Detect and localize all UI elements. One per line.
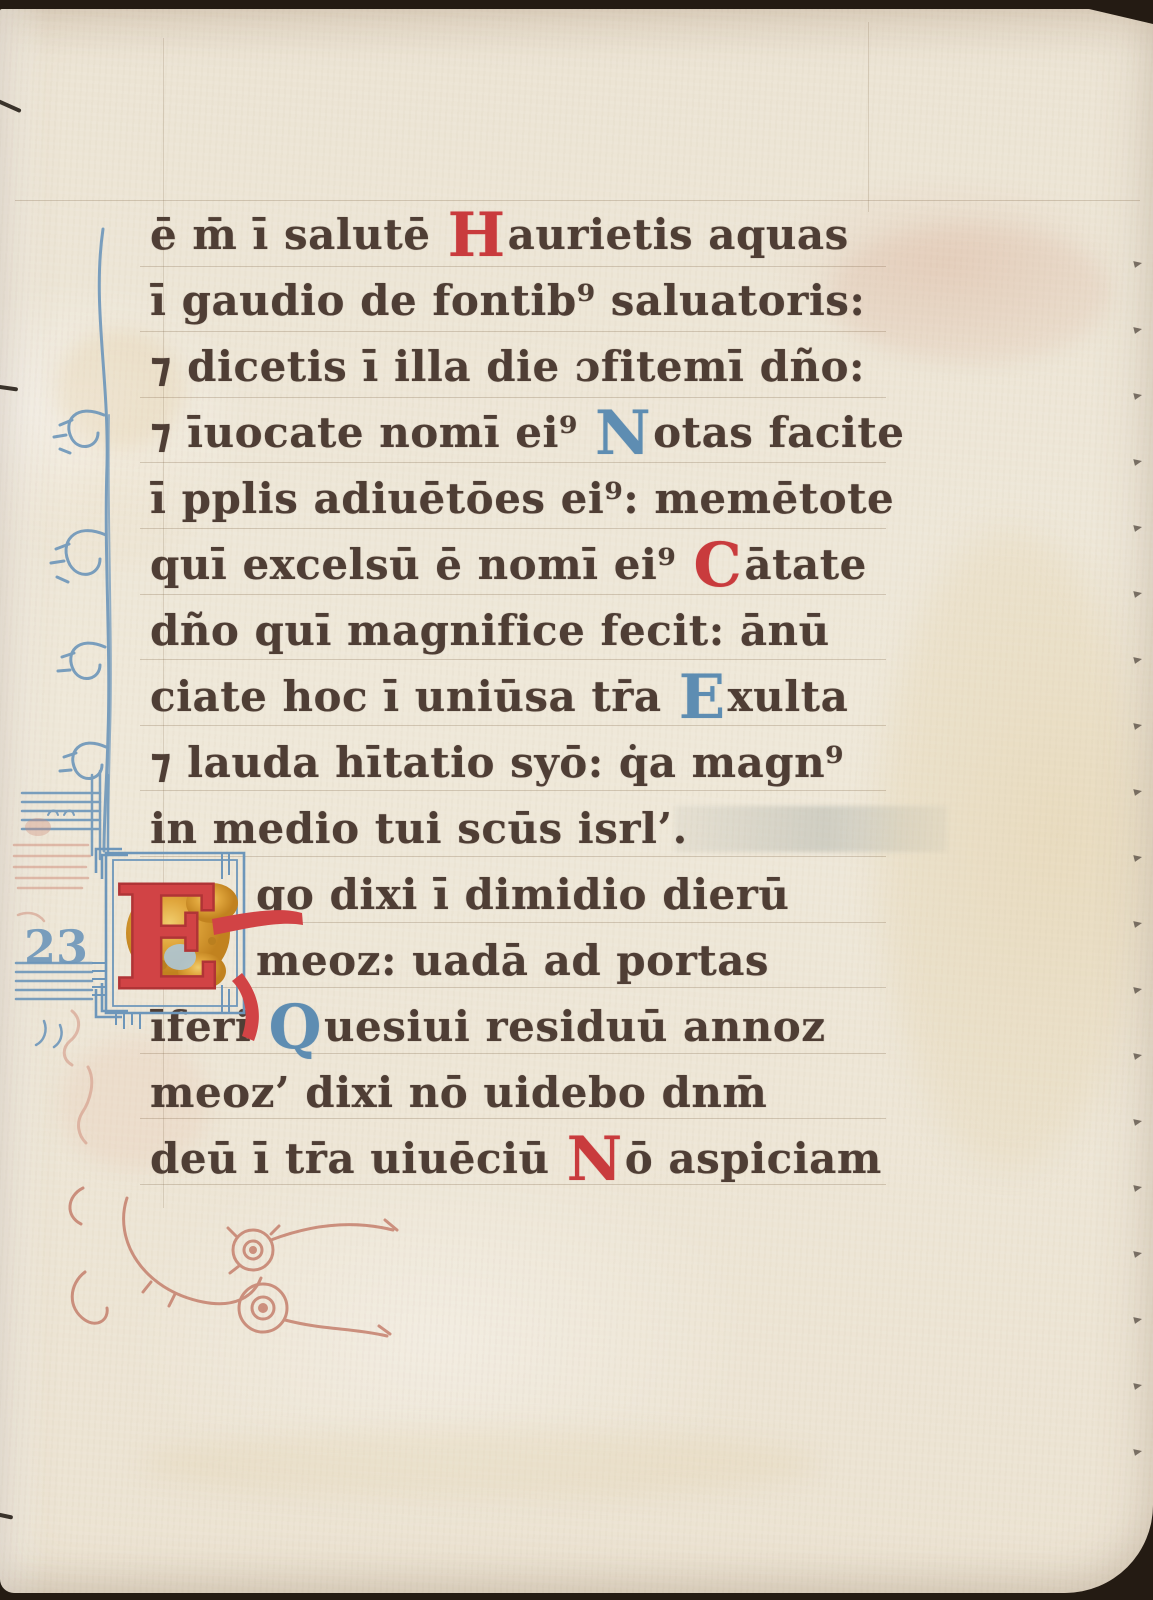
pricking-mark <box>1133 853 1142 862</box>
bottom-margin-penwork-flourish <box>55 1178 405 1343</box>
pricking-mark <box>1133 1183 1142 1192</box>
illuminated-initial-block: Ego <box>92 845 317 1045</box>
text-line: meoz’ dixi nō uidebo dnm̄ <box>150 1060 892 1126</box>
text-segment: ī gaudio de fontib⁹ saluatoris: <box>150 276 865 325</box>
pricking-mark <box>1133 1051 1142 1060</box>
text-segment: xulta <box>728 672 849 721</box>
text-segment: ī pplis adiuētōes ei⁹: memētote <box>150 474 894 523</box>
pricking-mark <box>1133 391 1142 400</box>
pricking-mark <box>1133 259 1142 268</box>
pricking-mark <box>1133 787 1142 796</box>
pricking-mark <box>1133 1381 1142 1390</box>
text-line: deū ī tr̄a uiuēciū Nō aspiciam <box>150 1126 892 1192</box>
text-segment: ⁊ dicetis ī illa die ɔfitemī dño: <box>150 342 865 391</box>
text-segment: meoz: uadā ad portas <box>256 936 769 985</box>
pricking-mark <box>1133 589 1142 598</box>
text-segment: ē m̄ ī salutē <box>150 210 446 259</box>
pricking-mark <box>1133 1447 1142 1456</box>
text-line: quī excelsū ē nomī ei⁹ Cātate <box>150 532 892 598</box>
text-line: ciate hoc ī uniūsa tr̄a Exulta <box>150 664 892 730</box>
text-line: dño quī magnifice fecit: ānū <box>150 598 892 664</box>
text-segment: aurietis aquas <box>508 210 849 259</box>
pricking-mark <box>1133 457 1142 466</box>
text-segment: otas facite <box>653 408 904 457</box>
pricking-mark <box>1133 1249 1142 1258</box>
text-segment: quī excelsū ē nomī ei⁹ <box>150 540 691 589</box>
text-segment: ⁊ īuocate nomī ei⁹ <box>150 408 593 457</box>
text-line: ē m̄ ī salutē Haurietis aquas <box>150 202 892 268</box>
text-segment: deū ī tr̄a uiuēciū <box>150 1134 565 1183</box>
text-segment: dño quī magnifice fecit: ānū <box>150 606 830 655</box>
manuscript-photo: 23 Ego <box>0 0 1153 1600</box>
pricking-mark <box>1133 655 1142 664</box>
text-segment: ciate hoc ī uniūsa tr̄a <box>150 672 677 721</box>
margin-figure: 23 <box>24 920 88 974</box>
text-line: ⁊ īuocate nomī ei⁹ Notas facite <box>150 400 892 466</box>
pricking-mark <box>1133 919 1142 928</box>
pricking-mark <box>1133 1117 1142 1126</box>
text-segment: uesiui residuū annoz <box>324 1002 826 1051</box>
text-line: ī gaudio de fontib⁹ saluatoris: <box>150 268 892 334</box>
text-line: ⁊ lauda hītatio syō: q̇a magn⁹ <box>150 730 892 796</box>
illuminated-initial-letter: E <box>114 857 221 1021</box>
pricking-mark <box>1133 523 1142 532</box>
pricking-mark <box>1133 721 1142 730</box>
pricking-mark <box>1133 325 1142 334</box>
text-segment: go dixi ī dimidio dierū <box>256 870 789 919</box>
text-segment: ātate <box>744 540 866 589</box>
text-segment: ⁊ lauda hītatio syō: q̇a magn⁹ <box>150 738 844 787</box>
text-line: ⁊ dicetis ī illa die ɔfitemī dño: <box>150 334 892 400</box>
text-line: ī pplis adiuētōes ei⁹: memētote <box>150 466 892 532</box>
text-segment: ō aspiciam <box>625 1134 882 1183</box>
text-segment: meoz’ dixi nō uidebo dnm̄ <box>150 1068 767 1117</box>
illuminated-initial-drawing: E <box>92 845 317 1045</box>
pricking-mark <box>1133 985 1142 994</box>
pricking-mark <box>1133 1315 1142 1324</box>
